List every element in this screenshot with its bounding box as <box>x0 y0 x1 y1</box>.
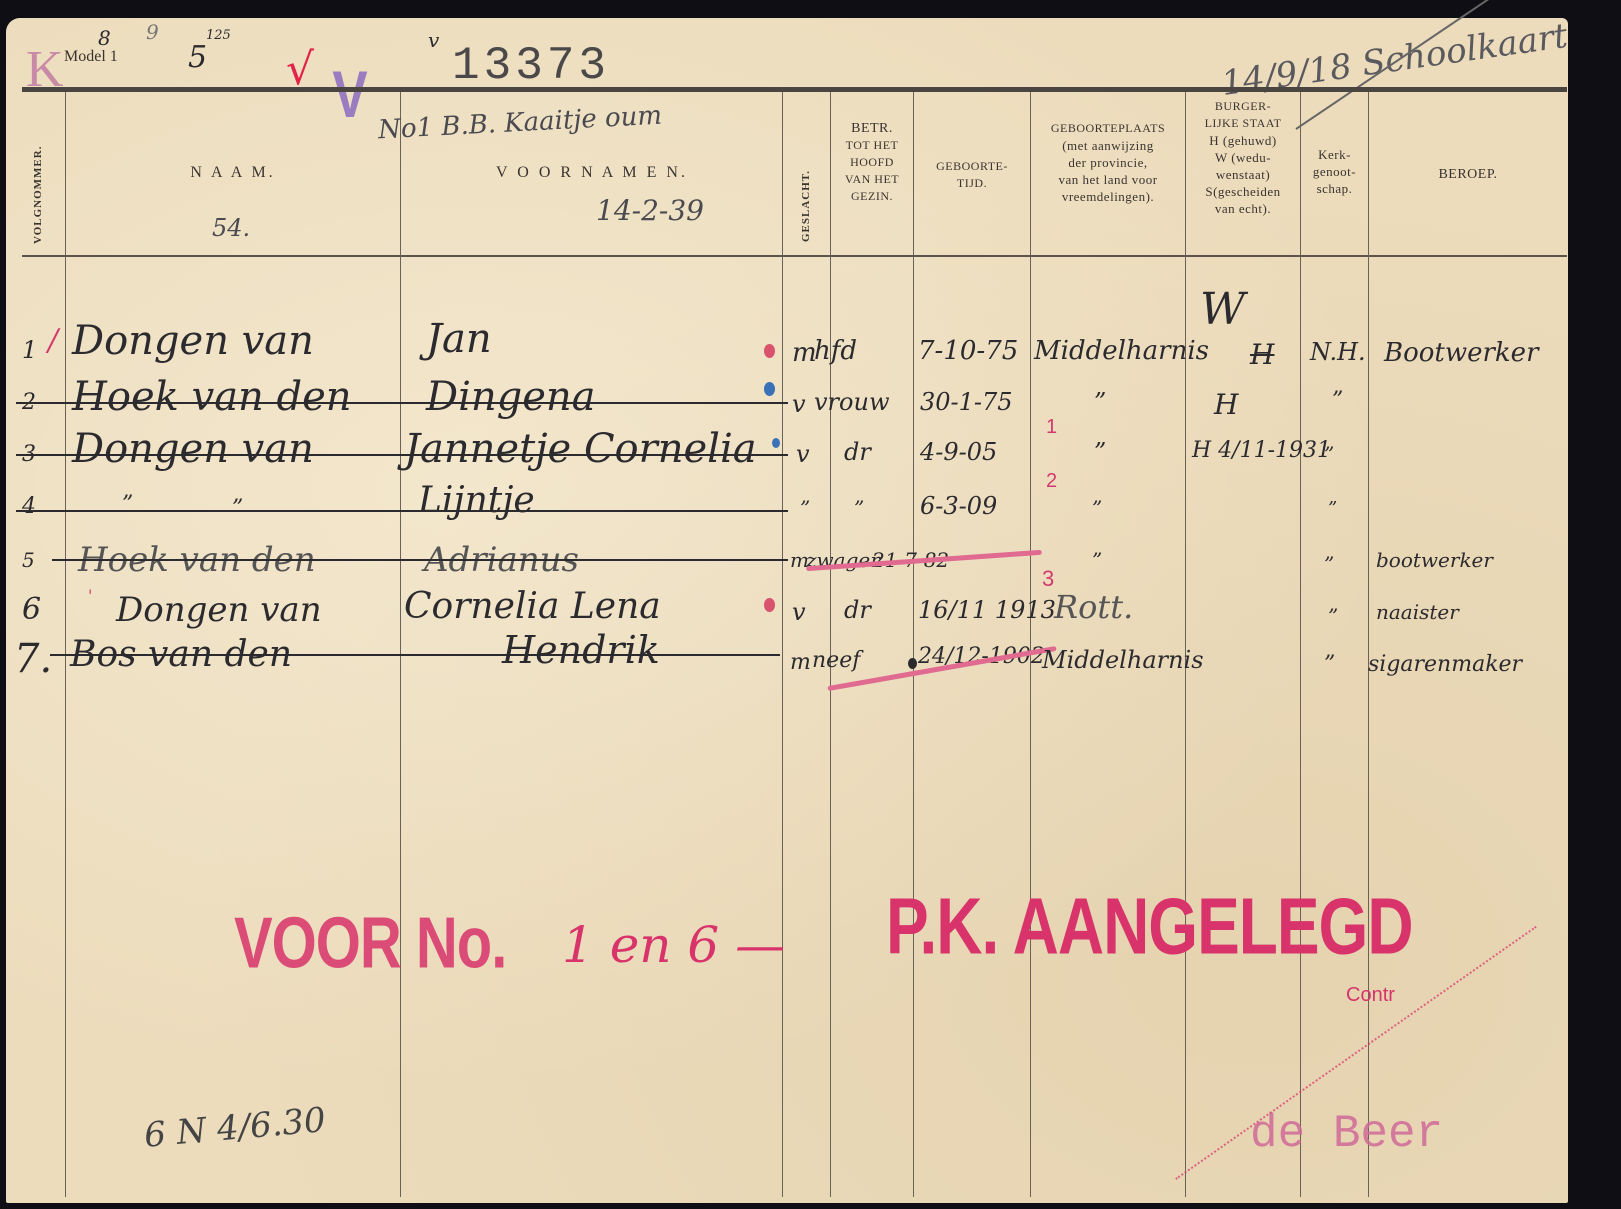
header-geboorteplaats-line: GEBOORTEPLAATS <box>1031 120 1185 137</box>
header-burgerlijke-line: BURGER- <box>1186 98 1300 115</box>
row-geboortetijd: 24/12-1902 <box>918 644 1045 669</box>
header-geboorteplaats-line: van het land voor <box>1031 171 1185 188</box>
row-geslacht: v <box>796 440 810 468</box>
col-divider <box>1185 92 1186 1197</box>
row-betr: hfd <box>814 336 857 366</box>
row-dot <box>764 598 775 612</box>
row-kerk: ” <box>1324 652 1335 677</box>
row-geboortetijd: 16/11 1913 <box>918 596 1056 624</box>
stamp-voor-handwritten: 1 en 6 — <box>562 916 785 974</box>
header-geboortetijd-line: GEBOORTE- <box>914 158 1030 175</box>
row-kerk: ” <box>1328 604 1338 628</box>
header-burgerlijke-line: W (wedu- <box>1186 149 1300 166</box>
stamp-contr: Contr <box>1346 984 1395 1007</box>
header-geboorteplaats-line: der provincie, <box>1031 154 1185 171</box>
row-kerk: ” <box>1328 498 1337 519</box>
row-geslacht: ” <box>800 496 810 520</box>
header-geslacht: GESLACHT. <box>800 132 812 242</box>
header-geboortetijd: GEBOORTE- TIJD. <box>914 158 1030 192</box>
row-beroep: naaister <box>1376 600 1459 624</box>
row-geboorteplaats: ” <box>1092 496 1102 520</box>
row-pink-mark: 1 <box>1046 416 1057 439</box>
row-geboortetijd: 4-9-05 <box>920 438 997 466</box>
header-betr-line: GEZIN. <box>831 188 913 205</box>
row-naam-ditto: ” <box>232 496 243 521</box>
footer-note: 6 N 4/6.30 <box>143 1100 328 1156</box>
row-burgerlijke-staat: H <box>1250 338 1274 371</box>
row-tick: ' <box>88 586 92 605</box>
header-beroep: BEROEP. <box>1369 166 1567 183</box>
row-betr: vrouw <box>814 388 889 416</box>
row-burgerlijke-staat: H 4/11-1931 <box>1192 438 1331 463</box>
row-voornamen: Cornelia Lena <box>404 586 661 627</box>
model-annotation: 5 <box>188 40 207 75</box>
header-burgerlijke-line: wenstaat) <box>1186 166 1300 183</box>
header-geboorteplaats: GEBOORTEPLAATS (met aanwijzing der provi… <box>1031 120 1185 205</box>
header-kerk-line: genoot- <box>1301 163 1368 180</box>
row-voornamen: Lijntje <box>418 480 535 521</box>
header-bottom-rule <box>22 255 1567 257</box>
header-burgerlijke-line: van echt). <box>1186 200 1300 217</box>
row-geslacht: m <box>792 338 817 368</box>
header-kerkgenootschap: Kerk- genoot- schap. <box>1301 146 1368 197</box>
register-card: K Model 1 8 9 5 125 √ V v 13373 14/9/18 … <box>6 18 1568 1203</box>
violet-v-stamp: V <box>332 56 367 132</box>
row-kerk: N.H. <box>1310 338 1366 366</box>
row-dot <box>764 344 775 358</box>
row-geboortetijd: 6-3-09 <box>920 492 997 520</box>
row-burgerlijke-staat: H <box>1214 388 1238 421</box>
row-beroep: Bootwerker <box>1384 338 1539 368</box>
model-label: Model 1 <box>64 48 118 66</box>
row-betr: dr <box>844 438 871 466</box>
header-geboorteplaats-line: vreemdelingen). <box>1031 188 1185 205</box>
header-betr-line: VAN HET <box>831 171 913 188</box>
row-geboortetijd: 7-10-75 <box>918 336 1018 366</box>
header-betr: BETR. TOT HET HOOFD VAN HET GEZIN. <box>831 120 913 205</box>
header-voornamen: V O O R N A M E N. <box>401 164 783 181</box>
row-naam: Hoek van den <box>72 374 352 420</box>
row-naam: Dongen van <box>116 590 322 630</box>
col-divider <box>913 92 914 1197</box>
row-burgerlijke-note: W <box>1200 284 1245 335</box>
header-betr-line: HOOFD <box>831 154 913 171</box>
row-geboorteplaats: Middelharnis <box>1042 646 1204 674</box>
header-note-address: No1 B.B. Kaaitje oum <box>377 101 662 146</box>
row-geslacht: v <box>792 598 806 626</box>
header-burgerlijke-line: LIJKE STAAT <box>1186 115 1300 132</box>
header-kerk-line: Kerk- <box>1301 146 1368 163</box>
card-number: 13373 <box>452 40 610 92</box>
row-betr: neef <box>812 648 860 673</box>
row-voornamen: Jannetje Cornelia <box>404 426 757 472</box>
header-geboorteplaats-line: (met aanwijzing <box>1031 137 1185 154</box>
row-naam: Dongen van <box>72 426 314 472</box>
row-beroep: sigarenmaker <box>1368 652 1522 677</box>
header-volgnommer: VOLGNOMMER. <box>32 114 44 244</box>
row-strikethrough <box>50 654 780 656</box>
row-geboorteplaats: Rott. <box>1054 588 1133 626</box>
row-kerk: ” <box>1332 388 1343 413</box>
row-voornamen: Dingena <box>426 374 596 420</box>
row-nr: 5 <box>22 548 35 572</box>
stamp-de-beer: de Beer <box>1250 1108 1443 1160</box>
row-nr: 4 <box>22 494 36 519</box>
model-crossed: 8 <box>98 26 111 50</box>
row-tick: / <box>48 323 58 358</box>
row-strikethrough <box>16 454 788 456</box>
row-geboorteplaats: ” <box>1092 548 1102 572</box>
header-kerk-line: schap. <box>1301 180 1368 197</box>
header-betr-line: BETR. <box>831 120 913 137</box>
row-strikethrough <box>16 402 788 404</box>
row-strikethrough <box>52 559 788 561</box>
col-divider <box>65 92 66 1197</box>
row-betr: ” <box>854 496 864 520</box>
stamp-pk-aangelegd: P.K. AANGELEGD <box>886 880 1413 973</box>
col-divider <box>830 92 831 1197</box>
col-divider <box>1300 92 1301 1197</box>
row-nr: 7. <box>14 636 52 682</box>
col-divider <box>782 92 783 1197</box>
row-voornamen: Jan <box>426 316 492 362</box>
row-nr: 1 <box>22 336 37 364</box>
header-top-rule <box>22 87 1567 92</box>
header-note-date: 14-2-39 <box>596 194 704 227</box>
model-superscript: 125 <box>206 28 231 43</box>
card-number-mark: v <box>428 28 439 52</box>
row-geboortetijd: 30-1-75 <box>920 388 1013 416</box>
header-note-naam: 54. <box>212 214 250 242</box>
row-geboorteplaats: ” <box>1094 438 1106 466</box>
header-burgerlijke-line: S(gescheiden <box>1186 183 1300 200</box>
header-burgerlijke-line: H (gehuwd) <box>1186 132 1300 149</box>
col-divider <box>1368 92 1369 1197</box>
row-betr: dr <box>844 596 871 624</box>
row-pink-mark: 3 <box>1042 566 1054 592</box>
row-kerk: ” <box>1324 442 1334 466</box>
row-pink-mark: 2 <box>1046 470 1057 493</box>
row-geboorteplaats: Middelharnis <box>1034 336 1209 366</box>
header-naam: N A A M. <box>66 164 400 181</box>
row-beroep: bootwerker <box>1376 548 1493 572</box>
row-kerk: ” <box>1324 552 1334 576</box>
col-divider <box>400 92 401 1197</box>
row-geboorteplaats: ” <box>1094 388 1106 416</box>
row-voornamen: Hendrik <box>502 628 660 672</box>
header-burgerlijke-staat: BURGER- LIJKE STAAT H (gehuwd) W (wedu- … <box>1186 98 1300 217</box>
row-strikethrough <box>16 510 788 512</box>
row-dot <box>908 658 917 669</box>
row-nr: 6 <box>22 592 41 627</box>
header-betr-line: TOT HET <box>831 137 913 154</box>
row-naam: Dongen van <box>72 318 314 364</box>
row-geslacht: v <box>792 390 806 418</box>
row-geslacht: m <box>790 650 811 675</box>
header-geboortetijd-line: TIJD. <box>914 175 1030 192</box>
row-dot <box>772 438 780 448</box>
row-naam-ditto: ” <box>122 492 133 517</box>
row-dot <box>764 382 775 396</box>
model-over: 9 <box>146 20 159 44</box>
stamp-voor-no: VOOR No. <box>234 901 506 985</box>
